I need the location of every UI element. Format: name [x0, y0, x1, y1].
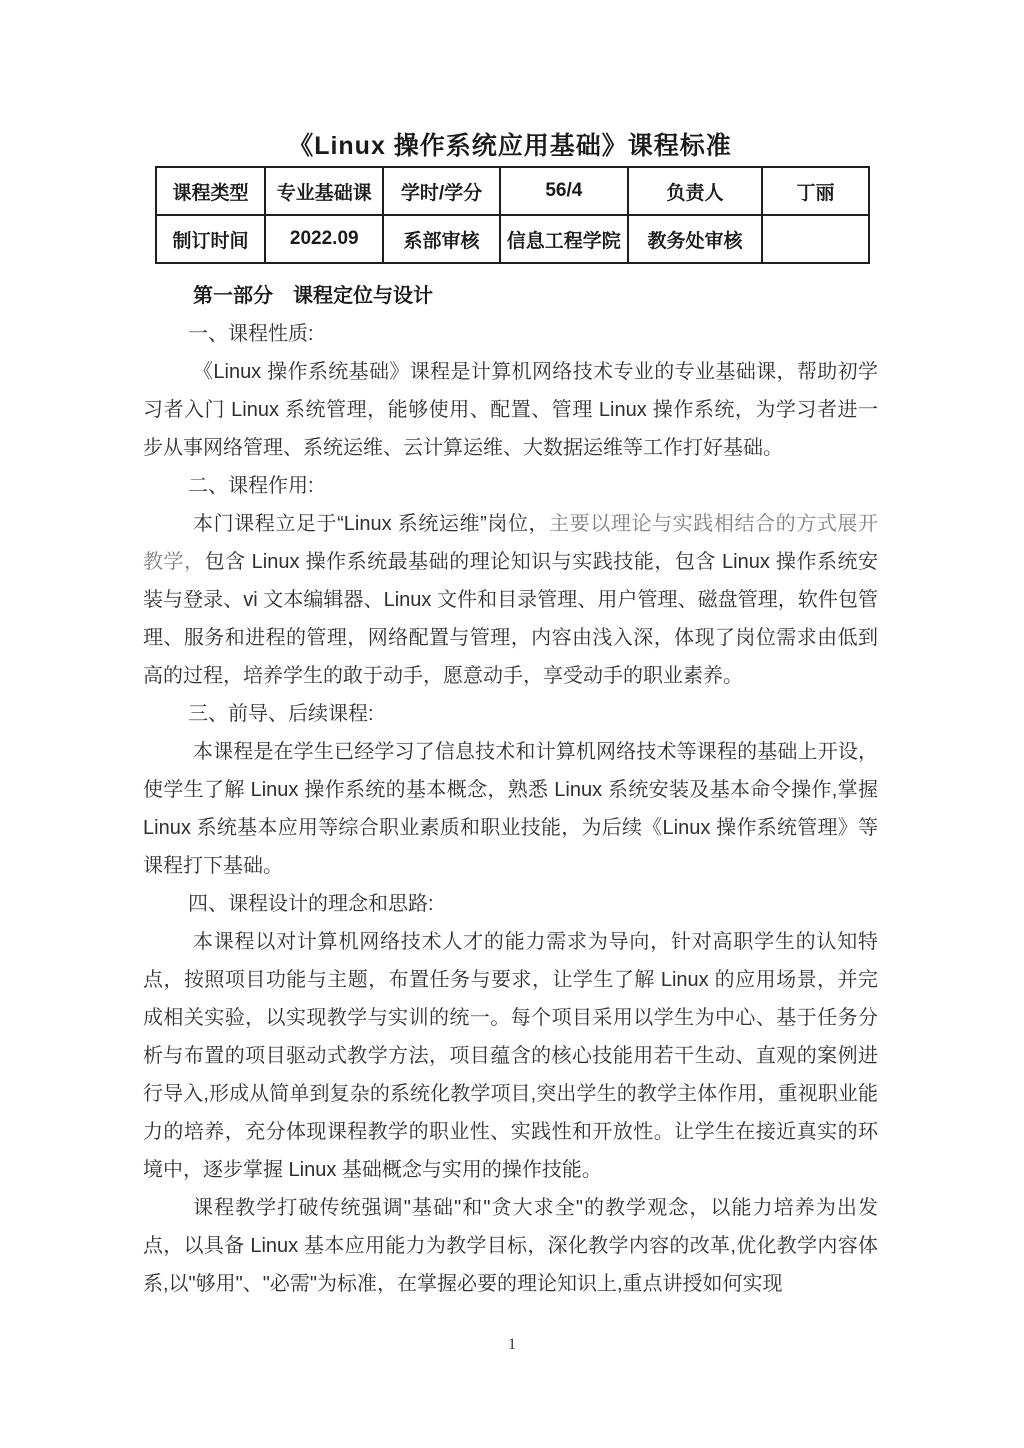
table-cell-person-in-charge-label: 负责人: [628, 167, 762, 215]
table-cell-hours-credits-label: 学时/学分: [383, 167, 499, 215]
table-cell-dept-review-label: 系部审核: [383, 215, 499, 263]
part-one-heading: 第一部分 课程定位与设计: [143, 277, 878, 315]
table-row: 课程类型 专业基础课 学时/学分 56/4 负责人 丁丽: [156, 167, 869, 215]
document-title: 《Linux 操作系统应用基础》课程标准: [143, 126, 877, 162]
course-role-lead-text: 本门课程立足于“Linux 系统运维”岗位，: [193, 513, 549, 535]
paragraph-design-philosophy-1: 本课程以对计算机网络技术人才的能力需求为导向，针对高职学生的认知特点，按照项目功…: [143, 923, 878, 1189]
course-info-table: 课程类型 专业基础课 学时/学分 56/4 负责人 丁丽 制订时间 2022.0…: [155, 166, 870, 264]
table-cell-dept-review-value: 信息工程学院: [500, 215, 628, 263]
course-role-rest-text: 包含 Linux 操作系统最基础的理论知识与实践技能，包含 Linux 操作系统…: [143, 551, 878, 687]
paragraph-design-philosophy-2: 课程教学打破传统强调"基础"和"贪大求全"的教学观念，以能力培养为出发点，以具备…: [143, 1189, 878, 1303]
section-heading-design-philosophy: 四、课程设计的理念和思路:: [143, 885, 878, 923]
table-cell-formulation-date-value: 2022.09: [265, 215, 383, 263]
document-page: 《Linux 操作系统应用基础》课程标准 课程类型 专业基础课 学时/学分 56…: [0, 0, 1024, 1448]
table-cell-person-in-charge-value: 丁丽: [762, 167, 869, 215]
paragraph-course-role: 本门课程立足于“Linux 系统运维”岗位，主要以理论与实践相结合的方式展开教学…: [143, 505, 878, 695]
section-heading-course-nature: 一、课程性质:: [143, 315, 878, 353]
page-number: 1: [0, 1336, 1024, 1354]
table-cell-course-type-value: 专业基础课: [265, 167, 383, 215]
document-body: 第一部分 课程定位与设计 一、课程性质: 《Linux 操作系统基础》课程是计算…: [143, 277, 878, 1303]
table-cell-academic-office-review-label: 教务处审核: [628, 215, 762, 263]
table-cell-formulation-date-label: 制订时间: [156, 215, 265, 263]
table-cell-hours-credits-value: 56/4: [500, 167, 628, 215]
paragraph-course-nature: 《Linux 操作系统基础》课程是计算机网络技术专业的专业基础课，帮助初学习者入…: [143, 353, 878, 467]
section-heading-prerequisite-courses: 三、前导、后续课程:: [143, 695, 878, 733]
paragraph-prerequisite-courses: 本课程是在学生已经学习了信息技术和计算机网络技术等课程的基础上开设，使学生了解 …: [143, 733, 878, 885]
table-cell-course-type-label: 课程类型: [156, 167, 265, 215]
table-row: 制订时间 2022.09 系部审核 信息工程学院 教务处审核: [156, 215, 869, 263]
section-heading-course-role: 二、课程作用:: [143, 467, 878, 505]
table-cell-academic-office-review-value: [762, 215, 869, 263]
